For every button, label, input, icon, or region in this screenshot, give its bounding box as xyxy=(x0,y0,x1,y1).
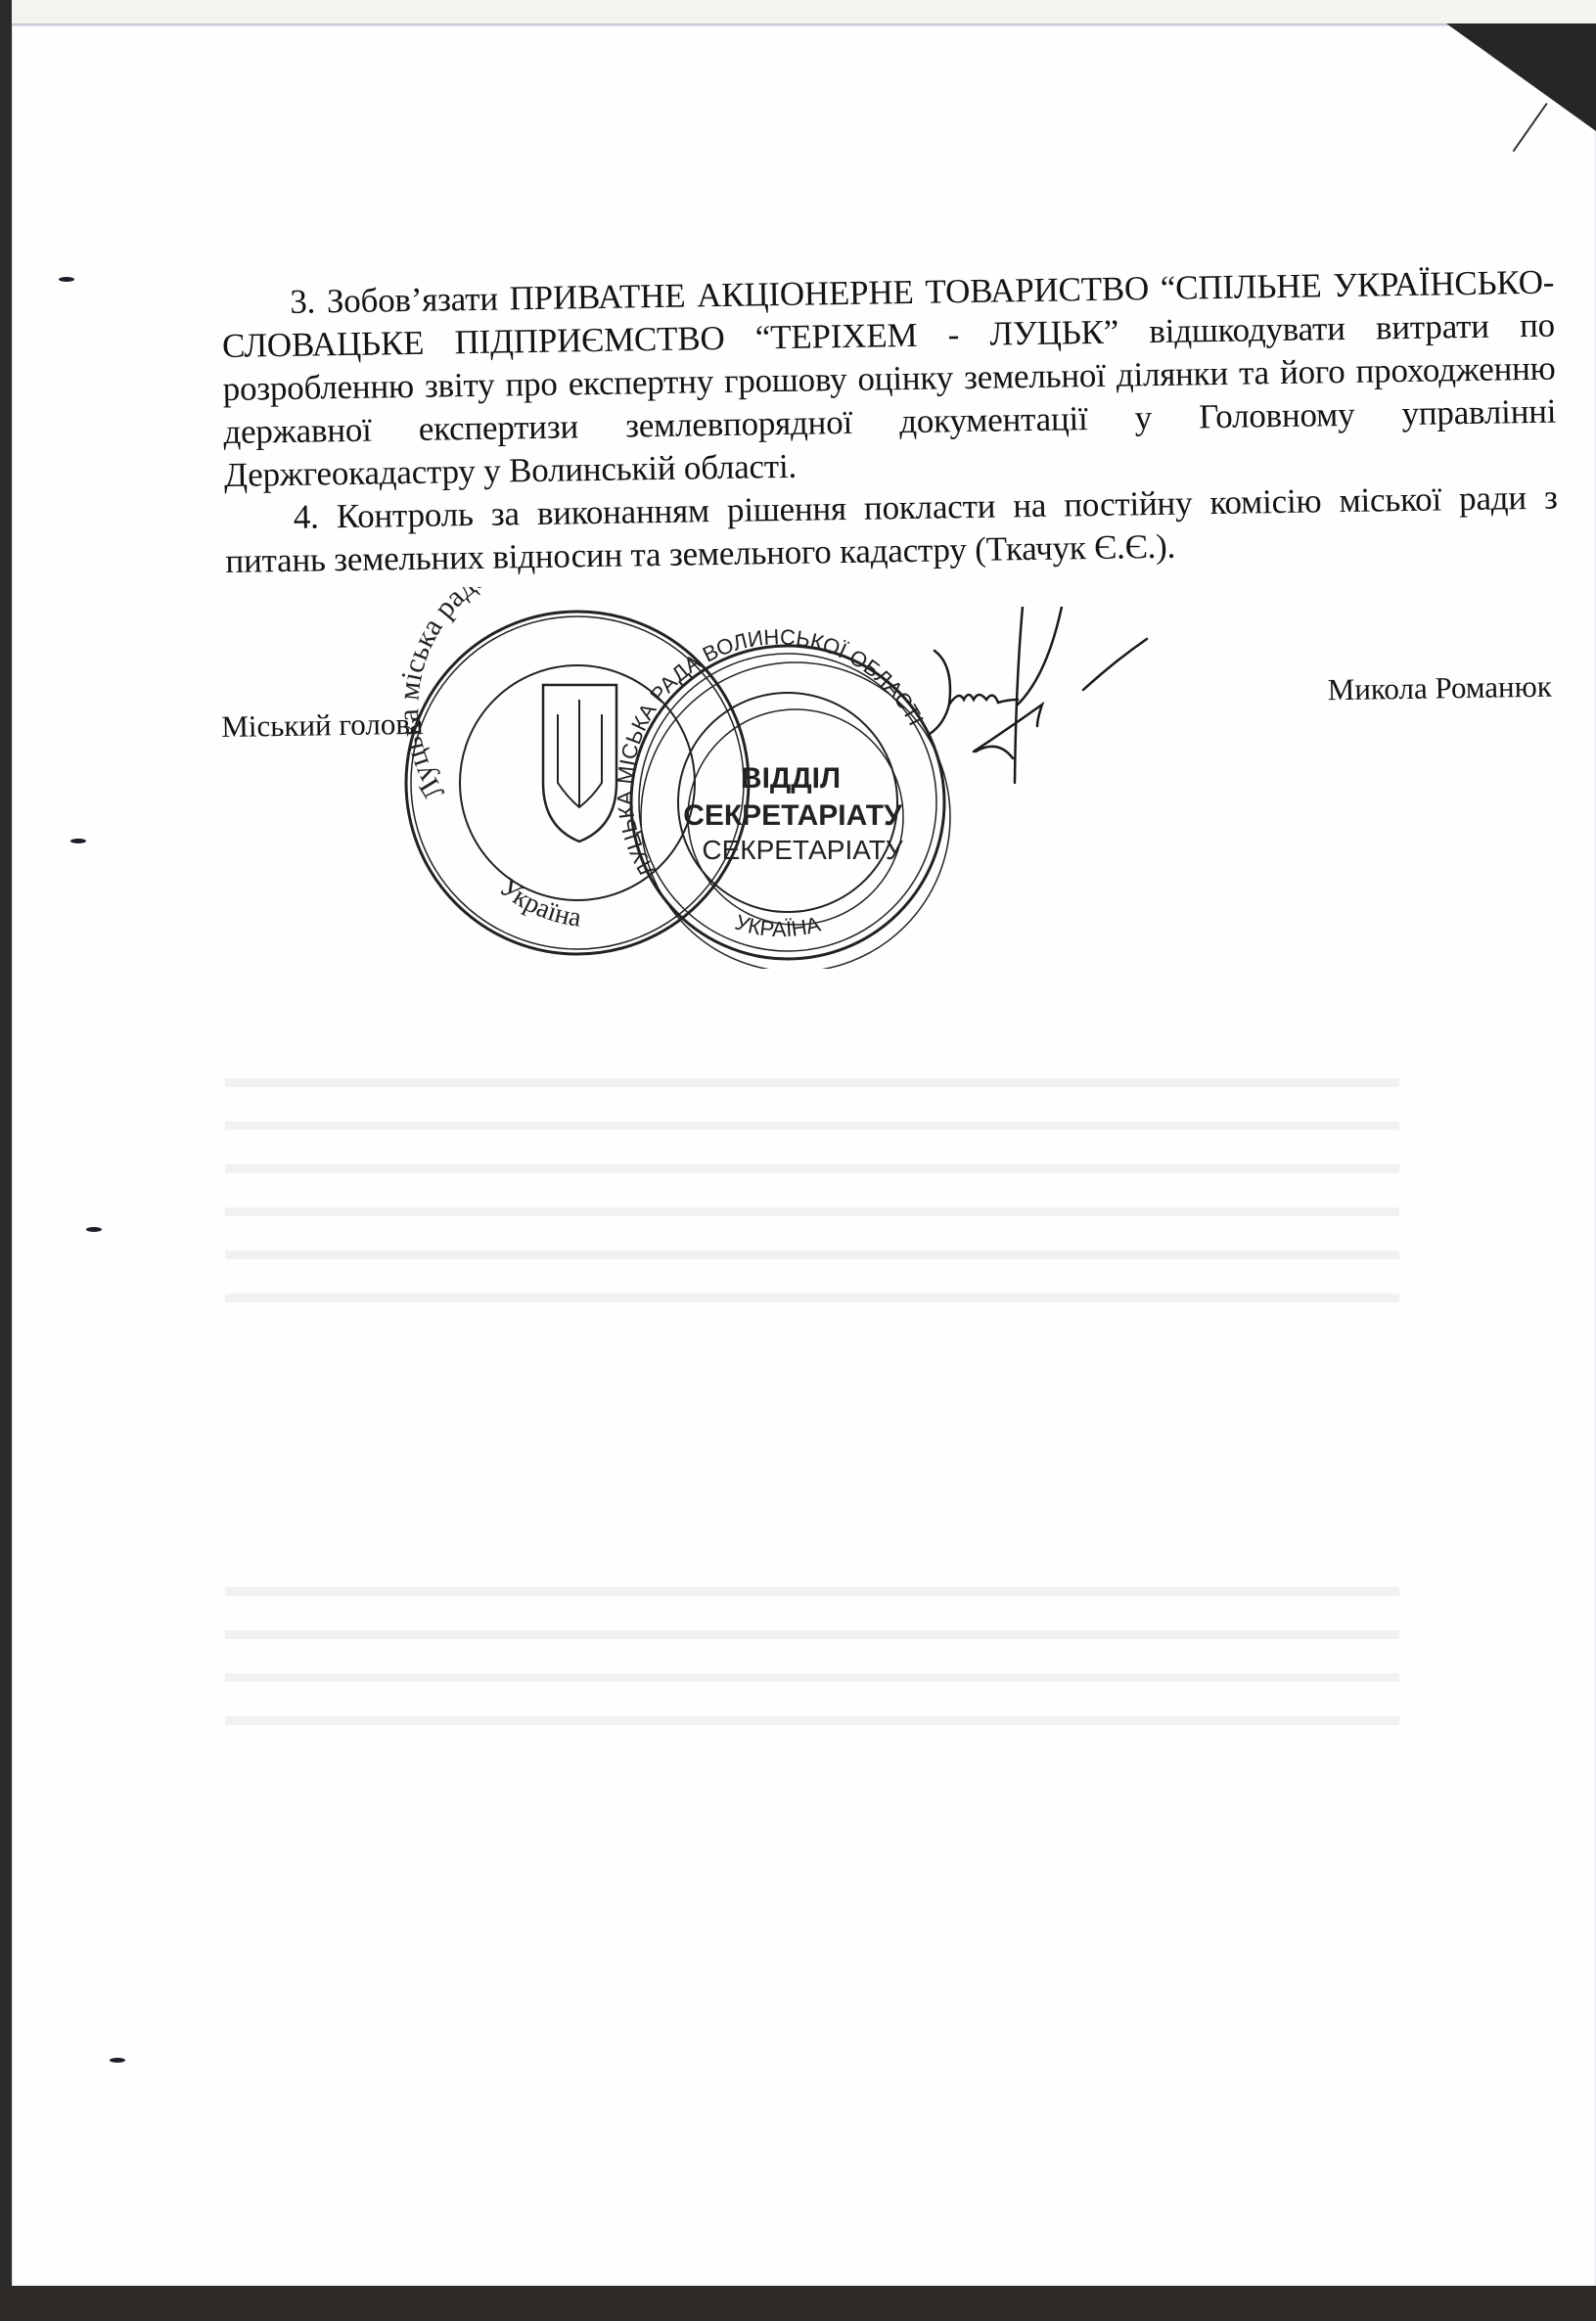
show-through-text: ▬▬▬▬▬▬▬▬▬▬▬▬▬▬▬▬▬▬▬▬▬▬▬▬▬▬▬▬▬▬▬▬▬▬▬▬▬▬▬▬… xyxy=(225,1057,1419,1315)
decision-body: 3. Зобов’язати ПРИВАТНЕ АКЦІОНЕРНЕ ТОВАР… xyxy=(221,261,1559,583)
folded-corner xyxy=(1420,23,1596,131)
handwritten-signature xyxy=(881,607,1223,802)
svg-text:СЕКРЕТАРІАТУ: СЕКРЕТАРІАТУ xyxy=(683,799,902,832)
scanner-edge-left xyxy=(0,0,12,2321)
punch-mark xyxy=(59,277,74,282)
paragraph-3: 3. Зобов’язати ПРИВАТНЕ АКЦІОНЕРНЕ ТОВАР… xyxy=(221,261,1557,497)
svg-text:ВІДДІЛ: ВІДДІЛ xyxy=(741,762,841,795)
signatory-name: Микола Романюк xyxy=(1327,669,1552,708)
punch-mark xyxy=(70,839,86,843)
scanner-bed-top xyxy=(0,0,1596,25)
punch-mark xyxy=(110,2058,125,2063)
svg-text:СЕКРЕТАРІАТУ: СЕКРЕТАРІАТУ xyxy=(702,835,902,865)
show-through-text: ▬▬▬▬▬▬▬▬▬▬▬▬▬▬▬▬▬▬▬▬▬▬▬▬▬▬▬▬▬▬▬▬▬▬▬▬▬▬▬▬… xyxy=(225,1566,1419,1738)
punch-mark xyxy=(86,1227,102,1232)
seal-2-bottom-text: УКРАЇНА xyxy=(732,910,823,942)
seal-1-bottom-text: Україна xyxy=(493,872,583,933)
scanner-edge-bottom xyxy=(0,2286,1596,2321)
